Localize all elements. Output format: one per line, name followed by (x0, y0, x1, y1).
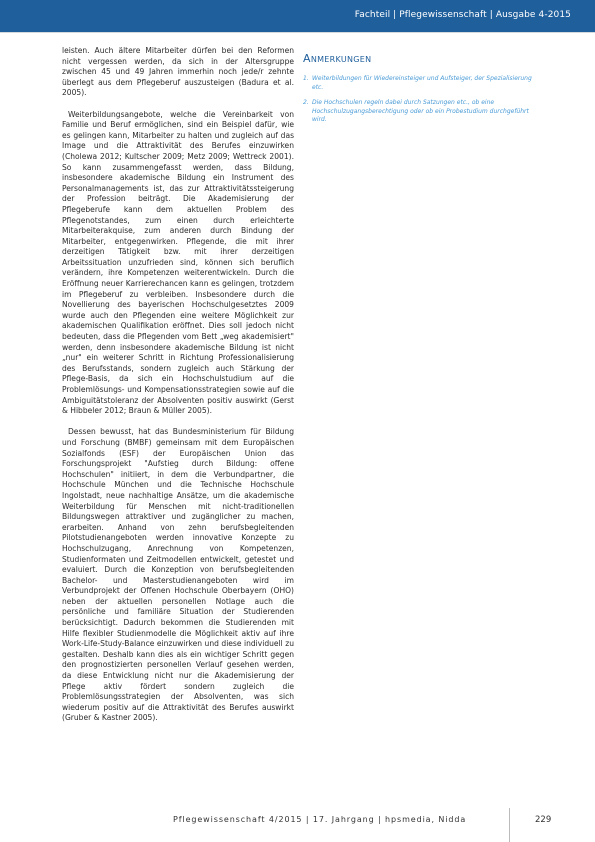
note-text: Die Hochschulen regeln dabei durch Satzu… (312, 99, 535, 125)
note-item: 2. Die Hochschulen regeln dabei durch Sa… (303, 99, 535, 125)
running-title: Fachteil | Pflegewissenschaft | Ausgabe … (355, 10, 571, 20)
note-number: 1. (303, 75, 312, 92)
footer-divider (509, 808, 510, 842)
body-paragraph: Weiterbildungsangebote, welche die Verei… (62, 110, 294, 417)
body-paragraph: Dessen bewusst, hat das Bundesministeriu… (62, 427, 294, 724)
notes-column: Anmerkungen 1. Weiterbildungen für Wiede… (303, 52, 535, 132)
page-number: 229 (535, 815, 551, 825)
body-column: leisten. Auch ältere Mitarbeiter dürfen … (62, 46, 294, 735)
header-bar: Fachteil | Pflegewissenschaft | Ausgabe … (0, 0, 595, 33)
note-text: Weiterbildungen für Wiedereinsteiger und… (312, 75, 535, 92)
notes-heading: Anmerkungen (303, 52, 535, 65)
note-number: 2. (303, 99, 312, 125)
footer-publication: Pflegewissenschaft 4/2015 | 17. Jahrgang… (173, 815, 466, 824)
note-item: 1. Weiterbildungen für Wiedereinsteiger … (303, 75, 535, 92)
body-paragraph: leisten. Auch ältere Mitarbeiter dürfen … (62, 46, 294, 99)
